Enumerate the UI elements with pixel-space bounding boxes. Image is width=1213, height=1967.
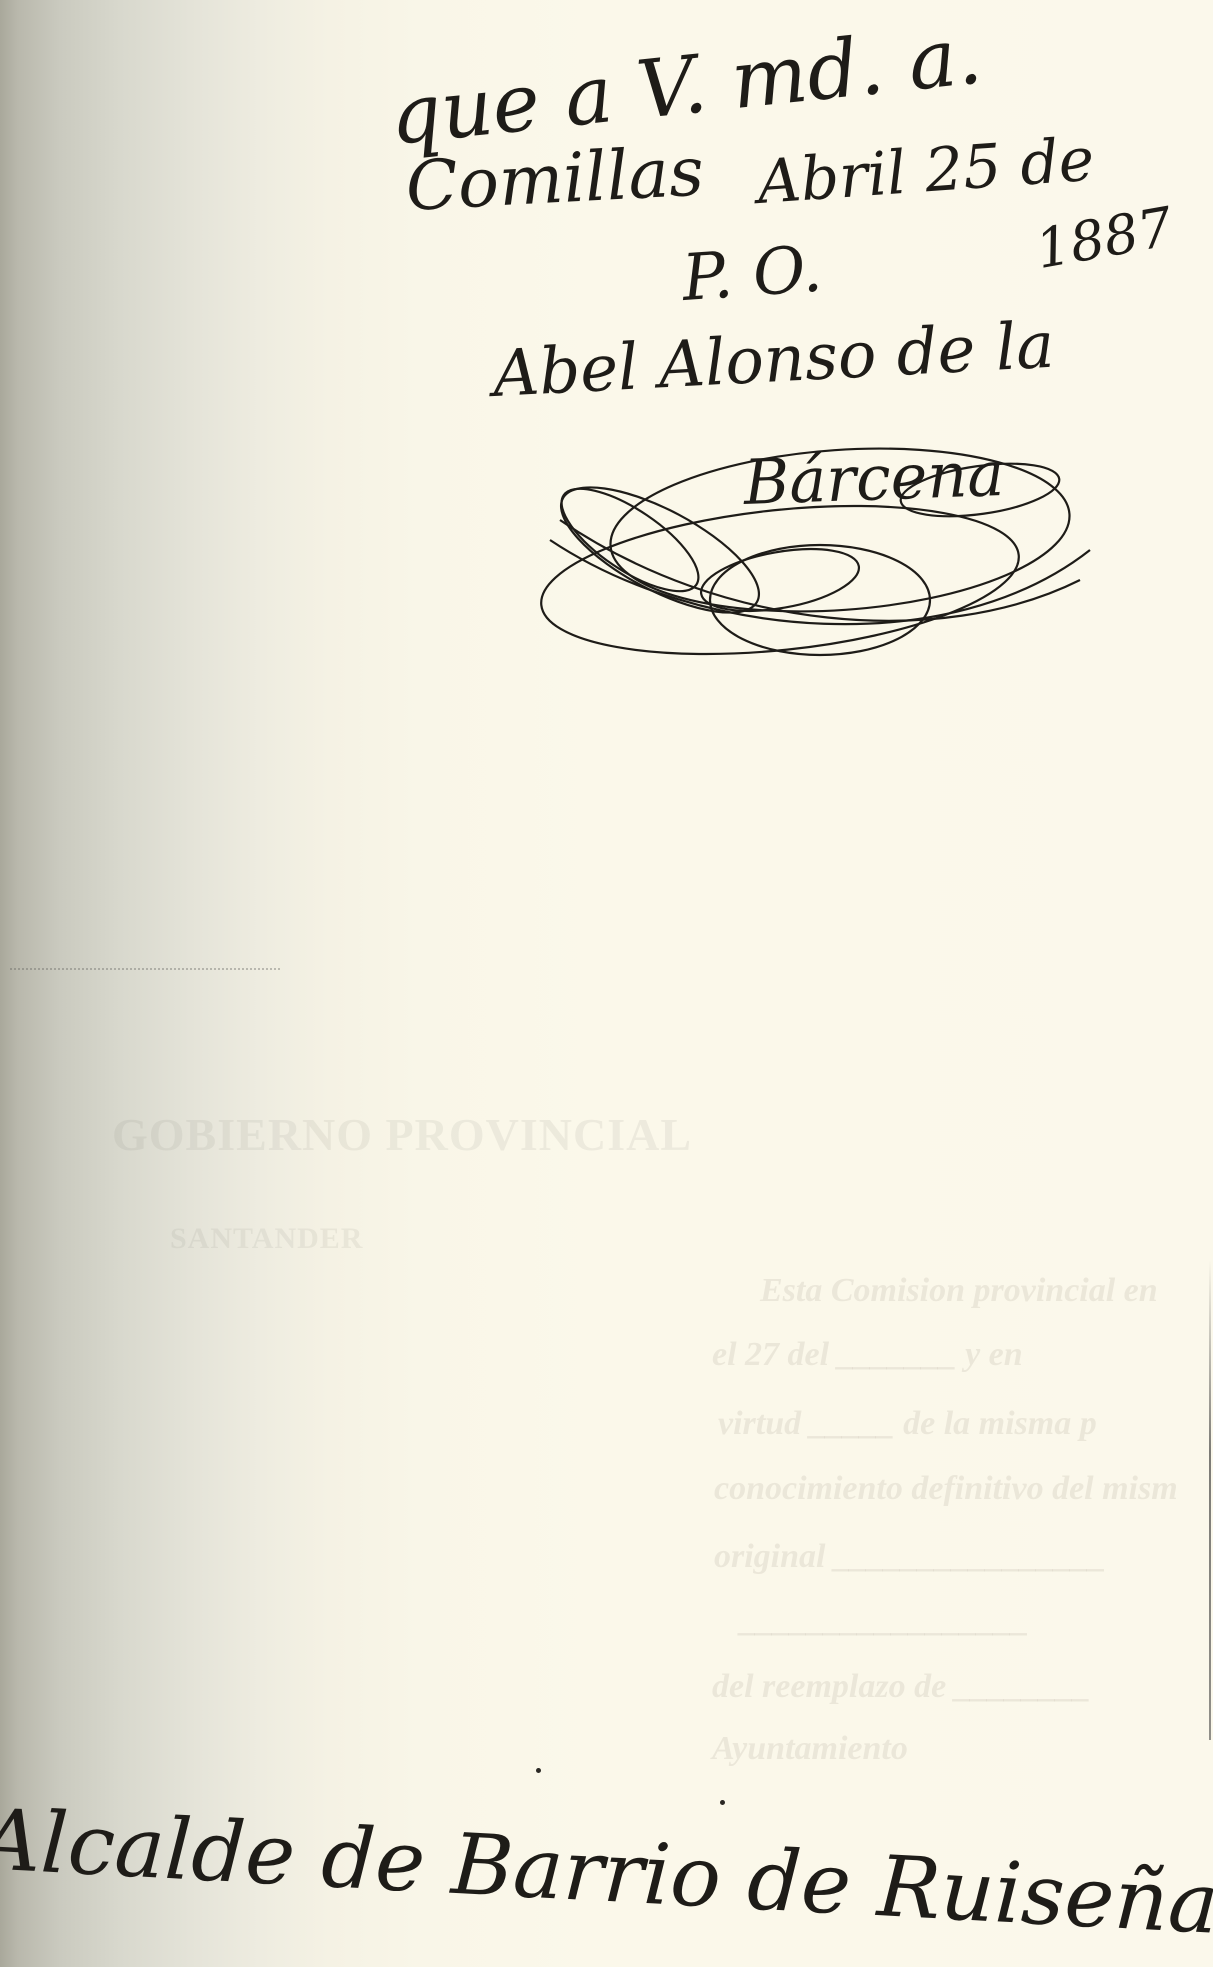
initials-text: P. O. — [680, 232, 825, 316]
signature-line-1: Abel Alonso de la — [491, 309, 1056, 412]
bleed-line-3: virtud _____ de la misma p — [718, 1405, 1097, 1443]
date-text: Abril 25 de — [755, 125, 1096, 218]
bleed-line-4: conocimiento definitivo del mism — [714, 1470, 1178, 1508]
bleed-line-1: Esta Comision provincial en — [760, 1272, 1158, 1310]
addressee-line: Alcalde de Barrio de Ruiseñada — [0, 1790, 1213, 1958]
bleed-line-6: _________________ — [740, 1602, 1029, 1640]
ink-dot — [720, 1800, 725, 1805]
signature-rubric-icon — [520, 430, 1120, 690]
place-name: Comillas — [404, 133, 706, 227]
bleed-heading-1: GOBIERNO PROVINCIAL — [112, 1108, 692, 1161]
bleed-heading-2: SANTANDER — [170, 1222, 363, 1256]
bleed-line-7: del reemplazo de ________ — [712, 1668, 1091, 1706]
page-edge-shadow — [1209, 1260, 1211, 1740]
ink-dot — [536, 1768, 541, 1773]
bleed-line-8: Ayuntamiento — [712, 1730, 908, 1768]
bleed-line-5: original ________________ — [714, 1538, 1106, 1576]
bleed-line-2: el 27 del _______ y en — [712, 1336, 1023, 1374]
bleed-dotted-rule — [10, 968, 280, 972]
year-text: 1887 — [1031, 195, 1177, 281]
document-page: GOBIERNO PROVINCIAL SANTANDER Esta Comis… — [0, 0, 1213, 1967]
